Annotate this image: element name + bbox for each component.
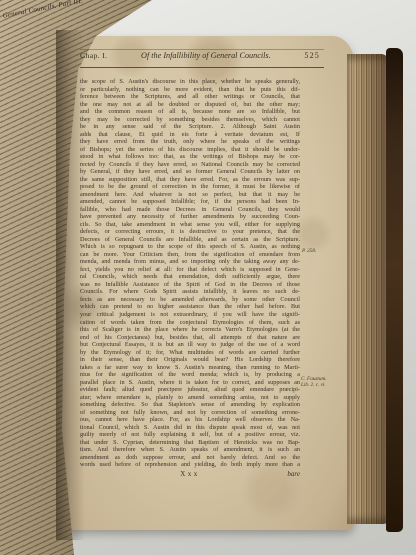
body-text-line: cils. So that, take amendment in what se… [80,221,300,229]
body-text-line: amendment here. And whatever is not so p… [80,191,300,199]
body-text-line: nius for the signification of the word m… [80,371,300,379]
body-text-line: menda, and menda from minus, and so impo… [80,258,300,266]
catchword: bare [287,470,300,478]
book-cover-edge [386,48,403,532]
body-text-line: fects as are necessary to be amended aft… [80,296,300,304]
body-text-line: something defective. So that Stapleton's… [80,401,300,409]
body-text-line: fallible, who had made those Decrees in … [80,206,300,214]
body-text-line: this of Scaliger is in the place where h… [80,326,300,334]
body-text-line: amended, cannot be supposed Infallible; … [80,198,300,206]
body-text-line: of Bishops; yet the series of his discou… [80,146,300,154]
body-text-line: that under S. Cyprian, determining that … [80,439,300,447]
body-text-line: was no Infallible Assistance of the Spir… [80,281,300,289]
body-text-line: Which is so repugnant to the scope of th… [80,243,300,251]
body-text-line: which can pretend to no higher assistanc… [80,303,300,311]
signature-mark: Xxx [180,470,200,478]
body-text-line: by the Etymology of it; for, What multit… [80,349,300,357]
body-text-line: words used before of reprehension and yi… [80,461,300,469]
body-text-line: of something not fully known, and not by… [80,409,300,417]
margin-note-citation-line2: Lib. 2. c. vi. [301,383,353,389]
body-text-line: takes a far surer way to know S. Austin'… [80,364,300,372]
body-text-line: and the common reason of all is, because… [80,108,300,116]
body-text-line: by General, if they have erred, and so f… [80,168,300,176]
body-text-line: tism. And therefore when S. Austin speak… [80,446,300,454]
body-text-line: end of his Conjectanea) but, besides tha… [80,334,300,342]
body-text-line: evident fault; aliud quod præcipere jube… [80,386,300,394]
body-text-line: atur; where emendare is, plainly to amen… [80,394,300,402]
body-text-line: posed to be the ground of correction in … [80,183,300,191]
header-rule-top [80,49,324,50]
body-text-line: in their sense, than their Originals wou… [80,356,300,364]
body-text-line: or particularly, nothing can be more evi… [80,86,300,94]
body-text-line: the one may not at all be doubted or dis… [80,101,300,109]
body-text-line: they may be corrected by something besid… [80,116,300,124]
page-number: 525 [304,51,324,60]
body-text-line: have prevented any necessity of further … [80,213,300,221]
header-rule-bottom [80,67,324,68]
body-text-line: but Conjectural Essayes, it is but an il… [80,341,300,349]
body-text-line: Decrees of General Councils are Infallib… [80,236,300,244]
body-text-line: the scope of S. Austin's discourse in th… [80,78,300,86]
running-title: Of the Infallibility of General Councils… [141,51,271,60]
margin-note-citation: C. Faustum. Lib. 2. c. vi. [301,377,353,389]
body-text-line: stood in what follows too: that, as the … [80,153,300,161]
body-text-line: defects, or correcting errours, it is de… [80,228,300,236]
body-text-line: adds that clause, Et quid in eis forte à… [80,131,300,139]
body-text-line: amendment as doth suppose errour, and no… [80,454,300,462]
running-header: Chap. I. Of the Infallibility of General… [80,44,300,74]
body-text-line: ference between the Scriptures, and all … [80,93,300,101]
body-text: the scope of S. Austin's discourse in th… [80,78,300,469]
book-fore-edge [347,54,389,524]
body-text-line: be in any sense said of the Scripture. 2… [80,123,300,131]
body-text-line: cation of words taken from the conjectur… [80,319,300,327]
page-text-block: Chap. I. Of the Infallibility of General… [80,44,300,480]
chapter-heading: Chap. I. [80,51,107,60]
body-text-line: your critical judgement is not extraordi… [80,311,300,319]
body-text-line: parallel place in S. Austin, where it is… [80,379,300,387]
direction-line: Xxx bare [80,470,300,480]
margin-note-page-ref: P. 258. [302,249,316,255]
body-text-line: Councils. For where Gods Spirit assists … [80,288,300,296]
body-text-line: ous, cannot here have place. For, as his… [80,416,300,424]
body-text-line: the same supposition still, that they ha… [80,176,300,184]
book-photo: General Councils. Part III. Chap. I. Of … [0,0,416,555]
body-text-line: fect, yields you no relief at all: for t… [80,266,300,274]
body-text-line: they have erred from the truth, only whe… [80,138,300,146]
body-text-line: tional Council, which S. Austin did in t… [80,424,300,432]
body-text-line: rected by Councils if they have erred, s… [80,161,300,169]
body-text-line: can be more. Your Criticism then, from t… [80,251,300,259]
body-text-line: guilty meerly of not fully explaining it… [80,431,300,439]
body-text-line: ral Councils, which needs that emendatio… [80,273,300,281]
